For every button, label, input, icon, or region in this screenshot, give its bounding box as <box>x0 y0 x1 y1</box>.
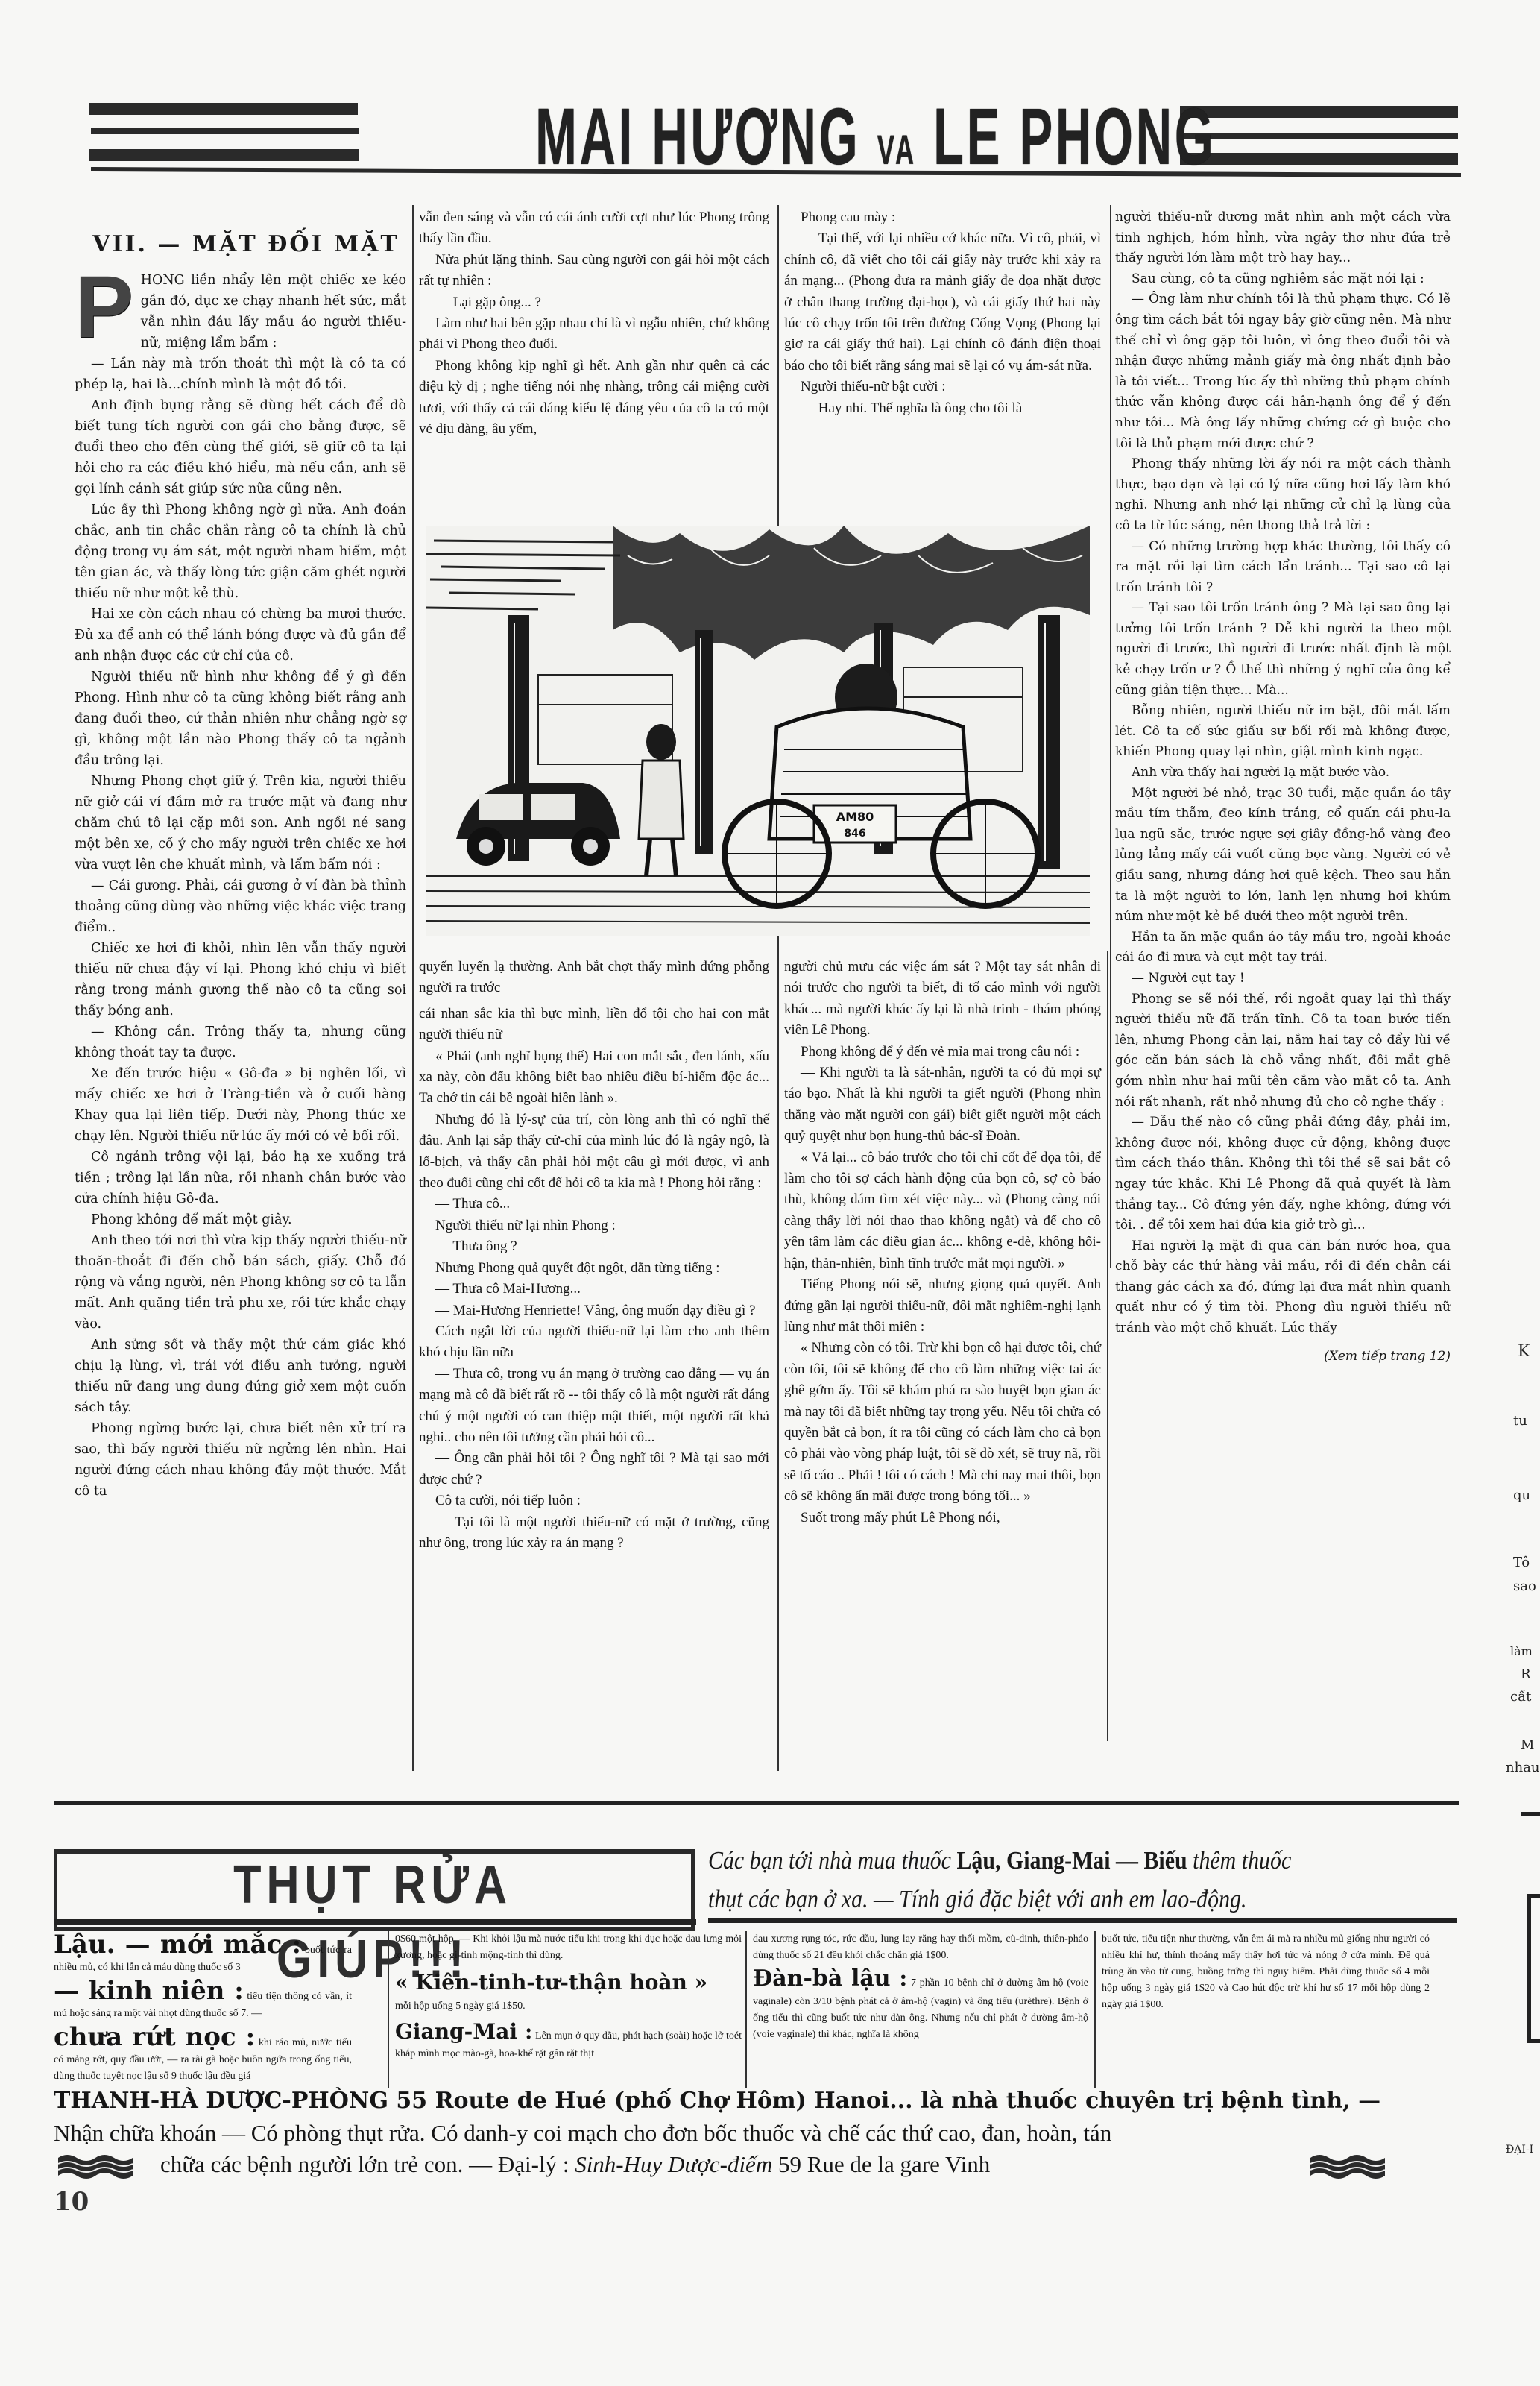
masthead-rule-left-top <box>89 103 358 115</box>
page-number: 10 <box>54 2187 89 2217</box>
paragraph: vẫn đen sáng và vẫn có cái ánh cười cợt … <box>419 207 769 250</box>
paragraph: cái nhan sắc kia thì bực mình, liền đổ t… <box>419 1004 769 1046</box>
article-column-2-top: vẫn đen sáng và vẫn có cái ánh cười cợt … <box>419 207 769 440</box>
license-plate-line1: AM80 <box>836 810 874 824</box>
paragraph: Cách ngắt lời của người thiếu-nữ lại làm… <box>419 1321 769 1364</box>
ad-column-rule <box>1094 1931 1096 2088</box>
ad-column-rule <box>388 1931 389 2088</box>
agent-text: chữa các bệnh người lớn trẻ con. — Đại-l… <box>160 2151 575 2177</box>
ad-text: đau xương rụng tóc, rức đầu, lung lay ră… <box>753 1931 1088 1964</box>
column-rule <box>1110 205 1111 1268</box>
paragraph: Anh sửng sốt và thấy một thứ cảm giác kh… <box>75 1335 406 1418</box>
car-icon <box>456 783 620 866</box>
paragraph: « Phải (anh nghĩ bụng thế) Hai con mắt s… <box>419 1046 769 1109</box>
edge-fragment: làm <box>1510 1644 1533 1658</box>
paragraph: Suốt trong mấy phút Lê Phong nói, <box>784 1508 1101 1529</box>
column-rule <box>412 951 414 1771</box>
masthead-rule-right-top <box>1180 106 1458 118</box>
tagline-text: Các bạn tới nhà mua thuốc <box>708 1847 956 1875</box>
ad-heading-dan-ba-lau: Đàn-bà lậu : <box>753 1965 907 1992</box>
ad-column-rule <box>745 1931 747 2088</box>
paragraph: — Cái gương. Phải, cái gương ở ví đàn bà… <box>75 875 406 938</box>
paragraph: — Thưa cô, trong vụ án mạng ở trường cao… <box>419 1364 769 1449</box>
paragraph: Nhưng Phong chợt giữ ý. Trên kia, người … <box>75 771 406 875</box>
paragraph: — Không cần. Trông thấy ta, nhưng cũng k… <box>75 1022 406 1063</box>
paragraph: HONG liền nhẩy lên một chiếc xe kéo gần … <box>141 273 406 350</box>
paragraph: Phong cau mày : <box>784 207 1101 228</box>
paragraph: — Thưa cô Mai-Hương... <box>419 1279 769 1300</box>
paragraph: — Khi người ta là sát-nhân, người ta có … <box>784 1063 1101 1148</box>
paragraph: Cô ngảnh trông vội lại, bảo hạ xe xuống … <box>75 1147 406 1209</box>
paragraph: Anh định bụng rằng sẽ dùng hết cách để d… <box>75 395 406 500</box>
tagline-underline <box>708 1918 1457 1923</box>
pharmacy-services-line: Nhận chữa khoán — Có phòng thụt rửa. Có … <box>54 2120 1455 2147</box>
tagline-text: thêm thuốc <box>1187 1847 1292 1875</box>
wave-ornament-icon <box>58 2152 133 2182</box>
pharmacy-address-line: THANH-HÀ DƯỢC-PHÒNG 55 Route de Hué (phố… <box>54 2088 1455 2114</box>
masthead-title: MAI HƯƠNG VA LE PHONG <box>535 95 993 177</box>
paragraph: người chủ mưu các việc ám sát ? Một tay … <box>784 957 1101 1042</box>
tagline-text: thụt các bạn ở xa. — Tính giá đặc biệt v… <box>708 1886 1246 1913</box>
ad-product-name: « Kiên-tinh-tư-thận hoàn » <box>395 1968 742 1997</box>
paragraph: Hai xe còn cách nhau có chừng ba mươi th… <box>75 604 406 667</box>
ad-text: 0$60 một hộp. — Khi khỏi lậu mà nước tiể… <box>395 1931 742 1964</box>
paragraph: — Tại thế, với lại nhiều cớ khác nữa. Vì… <box>784 228 1101 377</box>
edge-rule <box>1521 1812 1540 1816</box>
paragraph: — Ông làm như chính tôi là thủ phạm thực… <box>1115 289 1451 454</box>
edge-fragment: K <box>1518 1342 1530 1361</box>
tagline-bold-text: Lậu, Giang-Mai — Biếu <box>956 1847 1187 1875</box>
paragraph: Phong không để mất một giây. <box>75 1209 406 1230</box>
paragraph: — Lần này mà trốn thoát thì một là cô ta… <box>75 353 406 395</box>
paragraph: Nhưng Phong quả quyết đột ngột, dằn từng… <box>419 1258 769 1279</box>
article-column-3-top: Phong cau mày : — Tại thế, với lại nhiều… <box>784 207 1101 419</box>
paragraph: Người thiếu-nữ bật cười : <box>784 377 1101 397</box>
masthead-title-part1: MAI HƯƠNG <box>535 91 860 181</box>
paragraph: Làm như hai bên gặp nhau chỉ là vì ngẫu … <box>419 313 769 356</box>
ad-heading-chua-rut-noc: chưa rứt nọc : <box>54 2022 255 2052</box>
advertisement-top-rule <box>54 1801 1459 1805</box>
article-column-1: PHONG liền nhẩy lên một chiếc xe kéo gần… <box>75 270 406 1502</box>
paragraph: Lúc ấy thì Phong không ngờ gì nữa. Anh đ… <box>75 500 406 604</box>
ad-column-lau: Lậu. — mới mắc : buốt tức ra nhiều mủ, c… <box>54 1930 352 2085</box>
paragraph: Hắn ta ăn mặc quần áo tây mầu tro, ngoài… <box>1115 928 1451 969</box>
edge-fragment: Tô <box>1513 1555 1530 1570</box>
article-column-2-bottom: quyến luyến lạ thường. Anh bắt chợt thấy… <box>419 957 769 1554</box>
paragraph: Một người bé nhỏ, trạc 30 tuổi, mặc quần… <box>1115 784 1451 928</box>
masthead-title-conj: VA <box>877 126 917 173</box>
edge-fragment: M <box>1521 1737 1534 1753</box>
paragraph: Sau cùng, cô ta cũng nghiêm sắc mặt nói … <box>1115 269 1451 290</box>
paragraph: quyến luyến lạ thường. Anh bắt chợt thấy… <box>419 957 769 999</box>
masthead-title-part2: LE PHONG <box>933 91 1216 181</box>
paragraph: — Người cụt tay ! <box>1115 969 1451 989</box>
paragraph: Tiếng Phong nói sẽ, nhưng giọng quả quyế… <box>784 1274 1101 1338</box>
paragraph: — Dẫu thế nào cô cũng phải đứng đây, phả… <box>1115 1112 1451 1236</box>
paragraph: — Lại gặp ông... ? <box>419 292 769 313</box>
article-column-3-bottom: người chủ mưu các việc ám sát ? Một tay … <box>784 957 1101 1529</box>
paragraph: — Thưa ông ? <box>419 1236 769 1257</box>
paragraph: « Vả lại... cô báo trước cho tôi chỉ cốt… <box>784 1148 1101 1274</box>
ad-column-kien-tinh: 0$60 một hộp. — Khi khỏi lậu mà nước tiể… <box>395 1931 742 2062</box>
paragraph: — Ông cần phải hỏi tôi ? Ông nghĩ tôi ? … <box>419 1448 769 1491</box>
edge-fragment: tu <box>1513 1413 1527 1429</box>
paragraph: Nửa phút lặng thinh. Sau cùng người con … <box>419 250 769 292</box>
paragraph: Cô ta cười, nói tiếp luôn : <box>419 1491 769 1511</box>
paragraph: Bỗng nhiên, người thiếu nữ im bặt, đôi m… <box>1115 701 1451 763</box>
agent-name: Sinh-Huy Dược-điếm <box>575 2151 772 2177</box>
paragraph: Phong se sẽ nói thế, rồi ngoắt quay lại … <box>1115 989 1451 1113</box>
paragraph: người thiếu-nữ dương mắt nhìn anh một cá… <box>1115 207 1451 269</box>
paragraph: Chiếc xe hơi đi khỏi, nhìn lên vẫn thấy … <box>75 938 406 1022</box>
paragraph: — Mai-Hương Henriette! Vâng, ông muốn dạ… <box>419 1300 769 1321</box>
street-scene-illustration-icon: AM80 846 <box>426 526 1090 936</box>
pedestrian-icon <box>639 724 684 876</box>
ad-column-continued: buốt tức, tiểu tiện như thường, vẫn êm á… <box>1102 1931 1430 2013</box>
paragraph: Phong thấy những lời ấy nói ra một cách … <box>1115 454 1451 536</box>
masthead-rule-left-bottom <box>89 149 359 161</box>
paragraph: Phong không để ý đến vẻ mỉa mai trong câ… <box>784 1042 1101 1063</box>
paragraph: — Thưa cô... <box>419 1194 769 1215</box>
paragraph: Anh theo tới nơi thì vừa kịp thấy người … <box>75 1230 406 1335</box>
paragraph: — Có những trường hợp khác thường, tôi t… <box>1115 537 1451 599</box>
paragraph: — Hay nhỉ. Thế nghĩa là ông cho tôi là <box>784 398 1101 419</box>
rickshaw-icon: AM80 846 <box>725 664 1038 906</box>
edge-fragment: qu <box>1513 1488 1530 1503</box>
paragraph: Phong không kịp nghĩ gì hết. Anh gần như… <box>419 356 769 441</box>
paragraph: Phong ngừng bước lại, chưa biết nên xử t… <box>75 1418 406 1502</box>
masthead-rule-right-mid <box>1180 133 1458 139</box>
edge-fragment: sao <box>1513 1578 1536 1594</box>
paragraph: Người thiếu nữ lại nhìn Phong : <box>419 1215 769 1236</box>
masthead-rule-right-bottom <box>1180 153 1458 165</box>
paragraph: Hai người lạ mặt đi qua căn bán nước hoa… <box>1115 1236 1451 1339</box>
paragraph: Anh vừa thấy hai người lạ mặt bước vào. <box>1115 763 1451 784</box>
paragraph: — Tại sao tôi trốn tránh ông ? Mà tại sa… <box>1115 598 1451 701</box>
advertisement-tagline: Các bạn tới nhà mua thuốc Lậu, Giang-Mai… <box>708 1842 1351 1919</box>
paragraph: Người thiếu nữ hình như không để ý gì đế… <box>75 667 406 771</box>
masthead-rule-left-mid <box>91 128 359 134</box>
paragraph: « Nhưng còn có tôi. Trừ khi bọn cô hại đ… <box>784 1338 1101 1507</box>
ad-column-dan-ba-lau: đau xương rụng tóc, rức đầu, lung lay ră… <box>753 1931 1088 2043</box>
ad-text: buốt tức, tiểu tiện như thường, vẫn êm á… <box>1102 1931 1430 2013</box>
agent-address: 59 Rue de la gare Vinh <box>772 2151 990 2177</box>
story-illustration: AM80 846 <box>426 526 1090 936</box>
paragraph: Nhưng đó là lý-sự của trí, còn lòng anh … <box>419 1109 769 1194</box>
paragraph: — Tại tôi là một người thiếu-nữ có mặt ở… <box>419 1512 769 1555</box>
article-column-4: người thiếu-nữ dương mắt nhìn anh một cá… <box>1115 207 1451 1367</box>
continued-on-page-note: (Xem tiếp trang 12) <box>1115 1347 1451 1367</box>
paragraph: Xe đến trước hiệu « Gô-đa » bị nghẽn lối… <box>75 1063 406 1147</box>
ad-heading-kinh-nien: — kinh niên : <box>54 1976 244 2006</box>
wave-ornament-icon <box>1310 2152 1385 2182</box>
ad-heading-lau: Lậu. — mới mắc : <box>54 1930 301 1960</box>
edge-fragment: R <box>1521 1666 1531 1682</box>
edge-fragment: cất <box>1510 1689 1531 1704</box>
edge-box <box>1527 1894 1540 2043</box>
ad-heading-giang-mai: Giang-Mai : <box>395 2019 532 2044</box>
column-rule <box>1107 951 1108 1741</box>
chapter-title: VII. — MẶT ĐỐI MẶT <box>89 231 403 257</box>
license-plate-line2: 846 <box>844 828 865 840</box>
edge-fragment: nhau <box>1506 1760 1540 1775</box>
ad-product-price: mỗi hộp uống 5 ngày giá 1$50. <box>395 1998 742 2015</box>
column-rule <box>777 951 779 1771</box>
dropcap-letter: P <box>75 271 133 343</box>
